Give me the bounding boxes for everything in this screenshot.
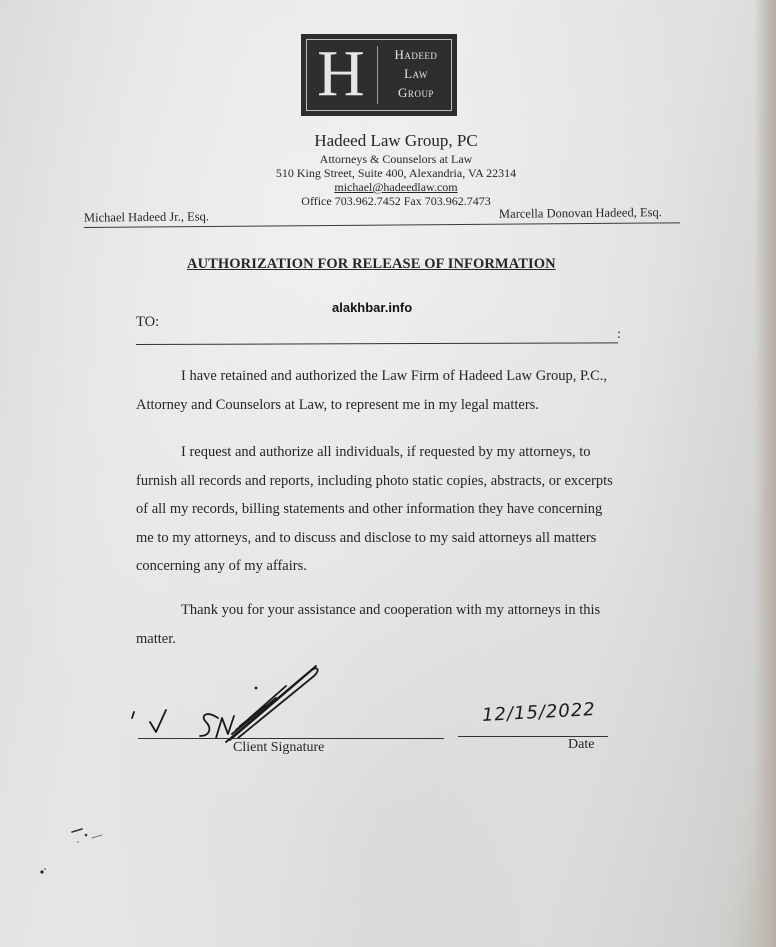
document-page: H Hadeed Law Group Hadeed Law Group, PC … xyxy=(0,0,776,947)
paragraph-line: I request and authorize all individuals,… xyxy=(136,438,636,467)
to-recipient-line xyxy=(136,342,618,345)
signature-label: Client Signature xyxy=(233,740,324,756)
paragraph-line: furnish all records and reports, includi… xyxy=(136,467,636,496)
paragraph-line: of all my records, billing statements an… xyxy=(136,495,636,524)
handwritten-signature xyxy=(126,660,326,750)
paragraph-line: me to my attorneys, and to discuss and d… xyxy=(136,524,636,553)
logo-word: Group xyxy=(383,83,449,102)
logo-word: Law xyxy=(383,64,449,83)
firm-name: Hadeed Law Group, PC xyxy=(8,131,776,151)
logo-wordmark: Hadeed Law Group xyxy=(383,45,449,102)
document-title: AUTHORIZATION FOR RELEASE OF INFORMATION xyxy=(187,256,556,273)
firm-email-link[interactable]: michael@hadeedlaw.com xyxy=(8,180,776,195)
logo-initial: H xyxy=(311,38,371,110)
to-colon: : xyxy=(617,327,621,343)
paragraph-thanks: Thank you for your assistance and cooper… xyxy=(136,596,636,653)
to-label: TO: xyxy=(136,314,159,331)
logo-divider xyxy=(377,46,378,104)
paragraph-authorization: I request and authorize all individuals,… xyxy=(136,438,636,581)
firm-address: 510 King Street, Suite 400, Alexandria, … xyxy=(8,166,776,181)
paragraph-line: concerning any of my affairs. xyxy=(136,552,636,581)
paragraph-retention: I have retained and authorized the Law F… xyxy=(136,362,636,419)
firm-subtitle: Attorneys & Counselors at Law xyxy=(8,152,776,167)
paragraph-line: Thank you for your assistance and cooper… xyxy=(136,596,636,625)
paragraph-line: I have retained and authorized the Law F… xyxy=(136,362,636,391)
paragraph-line: matter. xyxy=(136,625,636,654)
firm-logo: H Hadeed Law Group xyxy=(301,34,457,116)
signature-line xyxy=(138,738,444,739)
paragraph-line: Attorney and Counselors at Law, to repre… xyxy=(136,391,636,420)
attorney-right: Marcella Donovan Hadeed, Esq. xyxy=(499,205,662,222)
handwritten-date: 12/15/2022 xyxy=(482,699,597,726)
watermark: alakhbar.info xyxy=(332,300,412,315)
stray-ink-marks xyxy=(30,820,110,880)
logo-word: Hadeed xyxy=(383,45,449,64)
date-label: Date xyxy=(568,737,594,753)
attorney-left: Michael Hadeed Jr., Esq. xyxy=(84,209,209,225)
